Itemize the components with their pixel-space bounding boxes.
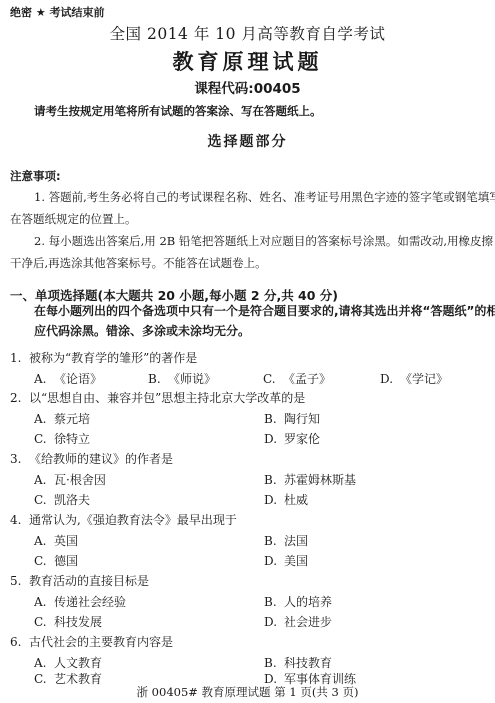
question-2: 2.以“思想自由、兼容并包”思想主持北京大学改革的是 [10,389,305,406]
course-code: 课程代码:00405 [0,77,495,97]
question-text: 通常认为,《强迫教育法令》最早出现于 [29,513,237,527]
q6-option-a: A.人文教育 [34,654,102,671]
note-2-line-2: 干净后,再选涂其他答案标号。不能答在试题卷上。 [10,255,267,271]
question-text: 以“思想自由、兼容并包”思想主持北京大学改革的是 [29,391,305,405]
question-5: 5.教育活动的直接目标是 [10,572,149,589]
answer-instruction: 请考生按规定用笔将所有试题的答案涂、写在答题纸上。 [34,103,322,119]
question-number: 1. [10,351,29,365]
q4-option-b: B.法国 [264,532,308,549]
section-description-line-2: 应代码涂黑。错涂、多涂或未涂均无分。 [34,322,250,339]
q5-option-d: D.社会进步 [264,613,332,630]
q4-option-d: D.美国 [264,552,308,569]
question-number: 4. [10,513,29,527]
question-6: 6.古代社会的主要教育内容是 [10,633,173,650]
q3-option-a: A.瓦·根舍因 [34,471,106,488]
part-title: 选择题部分 [0,131,495,151]
q2-option-c: C.徐特立 [34,430,90,447]
note-2-line-1: 2. 每小题选出答案后,用 2B 铅笔把答题纸上对应题目的答案标号涂黑。如需改动… [34,233,493,249]
question-4: 4.通常认为,《强迫教育法令》最早出现于 [10,511,237,528]
q5-option-a: A.传递社会经验 [34,593,126,610]
question-number: 5. [10,574,29,588]
q6-option-b: B.科技教育 [264,654,332,671]
confidential-label: 绝密 ★ 考试结束前 [10,4,105,20]
page-footer: 浙 00405# 教育原理试题 第 1 页(共 3 页) [0,684,495,700]
q2-option-a: A.蔡元培 [34,410,90,427]
q5-option-c: C.科技发展 [34,613,102,630]
exam-name: 全国 2014 年 10 月高等教育自学考试 [0,22,495,44]
q4-option-c: C.德国 [34,552,78,569]
notes-heading: 注意事项: [10,168,61,184]
question-number: 6. [10,635,29,649]
question-text: 被称为“教育学的雏形”的著作是 [29,351,197,365]
q3-option-b: B.苏霍姆林斯基 [264,471,356,488]
question-text: 教育活动的直接目标是 [29,574,149,588]
section-description-line-1: 在每小题列出的四个备选项中只有一个是符合题目要求的,请将其选出并将“答题纸”的相 [34,302,495,319]
q2-option-d: D.罗家伦 [264,430,320,447]
q1-option-b: B.《师说》 [148,370,216,387]
question-number: 3. [10,452,29,466]
q1-option-c: C.《孟子》 [263,370,331,387]
q3-option-c: C.凯洛夫 [34,491,90,508]
q3-option-d: D.杜威 [264,491,308,508]
note-1-line-2: 在答题纸规定的位置上。 [10,211,137,227]
q2-option-b: B.陶行知 [264,410,320,427]
question-3: 3.《给教师的建议》的作者是 [10,450,173,467]
q4-option-a: A.英国 [34,532,78,549]
question-text: 《给教师的建议》的作者是 [29,452,173,466]
note-1-line-1: 1. 答题前,考生务必将自己的考试课程名称、姓名、准考证号用黑色字迹的签字笔或钢… [34,189,495,205]
question-text: 古代社会的主要教育内容是 [29,635,173,649]
question-1: 1.被称为“教育学的雏形”的著作是 [10,349,197,366]
q1-option-d: D.《学记》 [380,370,448,387]
q5-option-b: B.人的培养 [264,593,332,610]
question-number: 2. [10,391,29,405]
q1-option-a: A.《论语》 [34,370,102,387]
paper-title: 教育原理试题 [0,46,495,76]
